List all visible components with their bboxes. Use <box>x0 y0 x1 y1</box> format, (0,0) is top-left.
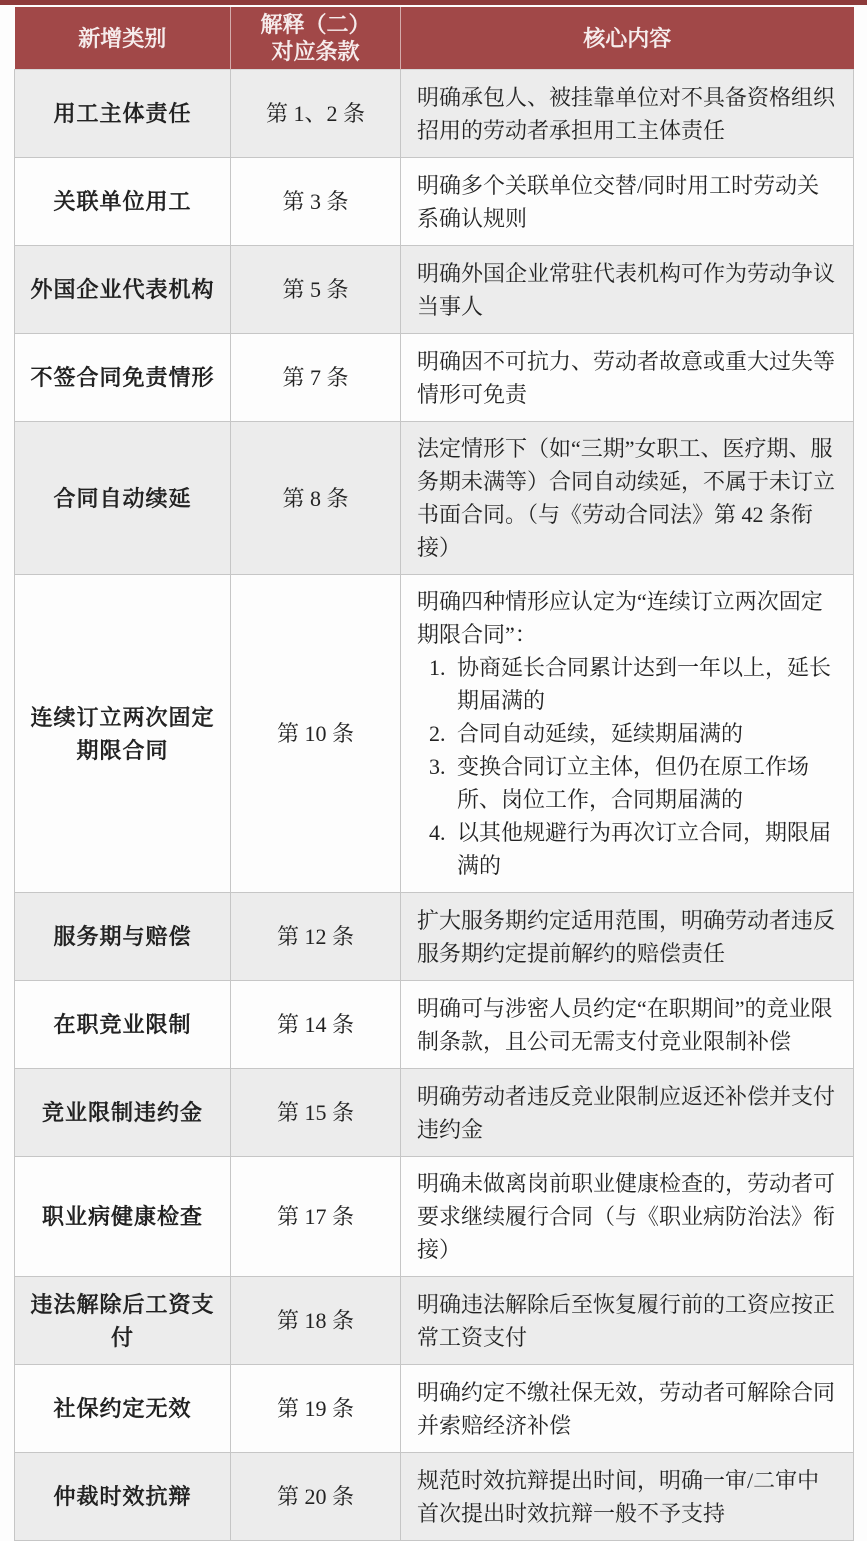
table-row: 外国企业代表机构 第 5 条 明确外国企业常驻代表机构可作为劳动争议当事人 <box>15 246 854 334</box>
content-text: 明确因不可抗力、劳动者故意或重大过失等情形可免责 <box>417 345 839 411</box>
table-row: 关联单位用工 第 3 条 明确多个关联单位交替/同时用工时劳动关系确认规则 <box>15 158 854 246</box>
category-label: 社保约定无效 <box>53 1396 191 1421</box>
category-cell: 仲裁时效抗辩 <box>15 1453 231 1541</box>
table-row: 在职竞业限制 第 14 条 明确可与涉密人员约定“在职期间”的竞业限制条款，且公… <box>15 981 854 1069</box>
page: 新增类别 解释（二） 对应条款 核心内容 用工主体责任 第 1、2 条 明确承包… <box>0 0 867 1541</box>
category-cell: 关联单位用工 <box>15 158 231 246</box>
law-interpretation-table: 新增类别 解释（二） 对应条款 核心内容 用工主体责任 第 1、2 条 明确承包… <box>14 7 854 1541</box>
category-label: 仲裁时效抗辩 <box>53 1484 191 1509</box>
table-row: 社保约定无效 第 19 条 明确约定不缴社保无效，劳动者可解除合同并索赔经济补偿 <box>15 1365 854 1453</box>
content-cell: 规范时效抗辩提出时间，明确一审/二审中首次提出时效抗辩一般不予支持 <box>401 1453 854 1541</box>
content-text: 明确可与涉密人员约定“在职期间”的竞业限制条款，且公司无需支付竞业限制补偿 <box>417 992 839 1058</box>
clause-label: 第 15 条 <box>277 1100 354 1125</box>
category-label: 连续订立两次固定期限合同 <box>30 705 214 763</box>
clause-label: 第 3 条 <box>282 189 348 214</box>
content-cell: 明确因不可抗力、劳动者故意或重大过失等情形可免责 <box>401 334 854 422</box>
table-row: 合同自动续延 第 8 条 法定情形下（如“三期”女职工、医疗期、服务期未满等）合… <box>15 422 854 575</box>
col-header-category: 新增类别 <box>15 7 231 70</box>
category-label: 不签合同免责情形 <box>30 365 214 390</box>
category-label: 竞业限制违约金 <box>42 1100 203 1125</box>
content-text: 明确外国企业常驻代表机构可作为劳动争议当事人 <box>417 257 839 323</box>
top-accent-strip <box>0 0 867 5</box>
category-cell: 竞业限制违约金 <box>15 1069 231 1157</box>
clause-label: 第 20 条 <box>277 1484 354 1509</box>
clause-cell: 第 20 条 <box>231 1453 401 1541</box>
clause-label: 第 7 条 <box>282 365 348 390</box>
clause-cell: 第 3 条 <box>231 158 401 246</box>
category-cell: 违法解除后工资支付 <box>15 1277 231 1365</box>
clause-cell: 第 17 条 <box>231 1157 401 1277</box>
content-cell: 明确多个关联单位交替/同时用工时劳动关系确认规则 <box>401 158 854 246</box>
clause-cell: 第 1、2 条 <box>231 70 401 158</box>
clause-cell: 第 7 条 <box>231 334 401 422</box>
category-cell: 职业病健康检查 <box>15 1157 231 1277</box>
table-row: 违法解除后工资支付 第 18 条 明确违法解除后至恢复履行前的工资应按正常工资支… <box>15 1277 854 1365</box>
table-header: 新增类别 解释（二） 对应条款 核心内容 <box>15 7 854 70</box>
category-cell: 在职竞业限制 <box>15 981 231 1069</box>
category-label: 合同自动续延 <box>53 486 191 511</box>
content-text: 法定情形下（如“三期”女职工、医疗期、服务期未满等）合同自动续延，不属于未订立书… <box>417 432 839 564</box>
table-row: 职业病健康检查 第 17 条 明确未做离岗前职业健康检查的，劳动者可要求继续履行… <box>15 1157 854 1277</box>
category-label: 在职竞业限制 <box>53 1012 191 1037</box>
content-list-item: 协商延长合同累计达到一年以上，延长期届满的 <box>451 651 839 717</box>
category-label: 职业病健康检查 <box>42 1204 203 1229</box>
category-label: 关联单位用工 <box>53 189 191 214</box>
clause-cell: 第 15 条 <box>231 1069 401 1157</box>
table-row: 竞业限制违约金 第 15 条 明确劳动者违反竞业限制应返还补偿并支付违约金 <box>15 1069 854 1157</box>
clause-label: 第 17 条 <box>277 1204 354 1229</box>
clause-cell: 第 14 条 <box>231 981 401 1069</box>
content-cell: 明确可与涉密人员约定“在职期间”的竞业限制条款，且公司无需支付竞业限制补偿 <box>401 981 854 1069</box>
table-row: 仲裁时效抗辩 第 20 条 规范时效抗辩提出时间，明确一审/二审中首次提出时效抗… <box>15 1453 854 1541</box>
header-row: 新增类别 解释（二） 对应条款 核心内容 <box>15 7 854 70</box>
category-cell: 连续订立两次固定期限合同 <box>15 575 231 893</box>
content-text: 规范时效抗辩提出时间，明确一审/二审中首次提出时效抗辩一般不予支持 <box>417 1464 839 1530</box>
category-label: 外国企业代表机构 <box>30 277 214 302</box>
clause-cell: 第 10 条 <box>231 575 401 893</box>
content-cell: 明确违法解除后至恢复履行前的工资应按正常工资支付 <box>401 1277 854 1365</box>
col-header-clause: 解释（二） 对应条款 <box>231 7 401 70</box>
content-cell: 明确劳动者违反竞业限制应返还补偿并支付违约金 <box>401 1069 854 1157</box>
content-list-item: 以其他规避行为再次订立合同，期限届满的 <box>451 816 839 882</box>
clause-label: 第 8 条 <box>282 486 348 511</box>
clause-label: 第 10 条 <box>277 721 354 746</box>
clause-cell: 第 8 条 <box>231 422 401 575</box>
content-text: 明确多个关联单位交替/同时用工时劳动关系确认规则 <box>417 169 839 235</box>
content-cell: 明确承包人、被挂靠单位对不具备资格组织招用的劳动者承担用工主体责任 <box>401 70 854 158</box>
content-text: 明确未做离岗前职业健康检查的，劳动者可要求继续履行合同（与《职业病防治法》衔接） <box>417 1167 839 1266</box>
content-cell: 明确外国企业常驻代表机构可作为劳动争议当事人 <box>401 246 854 334</box>
content-text: 明确约定不缴社保无效，劳动者可解除合同并索赔经济补偿 <box>417 1376 839 1442</box>
content-list: 协商延长合同累计达到一年以上，延长期届满的合同自动延续，延续期届满的变换合同订立… <box>417 651 839 882</box>
table-body: 用工主体责任 第 1、2 条 明确承包人、被挂靠单位对不具备资格组织招用的劳动者… <box>15 70 854 1541</box>
content-list-item: 合同自动延续，延续期届满的 <box>451 717 839 750</box>
category-cell: 外国企业代表机构 <box>15 246 231 334</box>
category-label: 用工主体责任 <box>53 101 191 126</box>
content-cell: 法定情形下（如“三期”女职工、医疗期、服务期未满等）合同自动续延，不属于未订立书… <box>401 422 854 575</box>
content-cell: 明确未做离岗前职业健康检查的，劳动者可要求继续履行合同（与《职业病防治法》衔接） <box>401 1157 854 1277</box>
content-cell: 扩大服务期约定适用范围，明确劳动者违反服务期约定提前解约的赔偿责任 <box>401 893 854 981</box>
clause-cell: 第 5 条 <box>231 246 401 334</box>
category-cell: 社保约定无效 <box>15 1365 231 1453</box>
clause-label: 第 18 条 <box>277 1308 354 1333</box>
table-container: 新增类别 解释（二） 对应条款 核心内容 用工主体责任 第 1、2 条 明确承包… <box>14 7 853 1541</box>
category-cell: 合同自动续延 <box>15 422 231 575</box>
clause-label: 第 19 条 <box>277 1396 354 1421</box>
category-cell: 不签合同免责情形 <box>15 334 231 422</box>
category-label: 违法解除后工资支付 <box>30 1292 214 1350</box>
content-text: 明确四种情形应认定为“连续订立两次固定期限合同”： <box>417 585 839 651</box>
clause-label: 第 12 条 <box>277 924 354 949</box>
content-text: 明确违法解除后至恢复履行前的工资应按正常工资支付 <box>417 1288 839 1354</box>
table-row: 服务期与赔偿 第 12 条 扩大服务期约定适用范围，明确劳动者违反服务期约定提前… <box>15 893 854 981</box>
content-text: 明确承包人、被挂靠单位对不具备资格组织招用的劳动者承担用工主体责任 <box>417 81 839 147</box>
table-row: 用工主体责任 第 1、2 条 明确承包人、被挂靠单位对不具备资格组织招用的劳动者… <box>15 70 854 158</box>
table-row: 不签合同免责情形 第 7 条 明确因不可抗力、劳动者故意或重大过失等情形可免责 <box>15 334 854 422</box>
table-row: 连续订立两次固定期限合同 第 10 条 明确四种情形应认定为“连续订立两次固定期… <box>15 575 854 893</box>
clause-label: 第 14 条 <box>277 1012 354 1037</box>
category-cell: 服务期与赔偿 <box>15 893 231 981</box>
content-list-item: 变换合同订立主体，但仍在原工作场所、岗位工作，合同期届满的 <box>451 750 839 816</box>
content-cell: 明确四种情形应认定为“连续订立两次固定期限合同”： 协商延长合同累计达到一年以上… <box>401 575 854 893</box>
clause-label: 第 1、2 条 <box>266 101 365 126</box>
clause-cell: 第 12 条 <box>231 893 401 981</box>
content-text: 明确劳动者违反竞业限制应返还补偿并支付违约金 <box>417 1080 839 1146</box>
content-cell: 明确约定不缴社保无效，劳动者可解除合同并索赔经济补偿 <box>401 1365 854 1453</box>
content-text: 扩大服务期约定适用范围，明确劳动者违反服务期约定提前解约的赔偿责任 <box>417 904 839 970</box>
clause-cell: 第 19 条 <box>231 1365 401 1453</box>
clause-cell: 第 18 条 <box>231 1277 401 1365</box>
category-label: 服务期与赔偿 <box>53 924 191 949</box>
category-cell: 用工主体责任 <box>15 70 231 158</box>
clause-label: 第 5 条 <box>282 277 348 302</box>
col-header-content: 核心内容 <box>401 7 854 70</box>
